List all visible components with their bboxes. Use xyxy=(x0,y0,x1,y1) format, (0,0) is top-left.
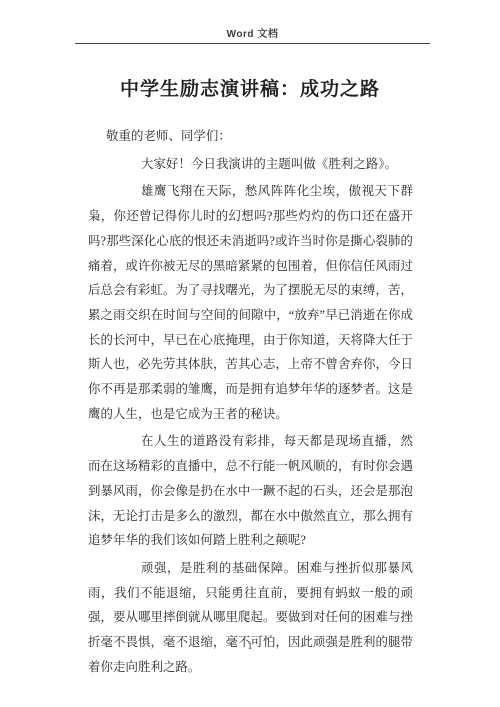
paragraph: 大家好！今日我演讲的主题叫做《胜利之路》。 xyxy=(88,152,413,177)
paragraph: 顽强，是胜利的基础保障。困难与挫折似那暴风雨，我们不能退缩，只能勇往直前，要拥有… xyxy=(88,556,413,680)
page-number: 1 xyxy=(248,642,253,652)
paragraph: 敬重的老师、同学们： xyxy=(88,124,413,149)
doc-type-label: Word 文档 xyxy=(227,29,279,40)
document-title: 中学生励志演讲稿：成功之路 xyxy=(0,76,500,104)
document-body: 敬重的老师、同学们：大家好！今日我演讲的主题叫做《胜利之路》。雄鹰飞翔在天际，愁… xyxy=(88,124,413,682)
word-document-page: Word 文档 中学生励志演讲稿：成功之路 敬重的老师、同学们：大家好！今日我演… xyxy=(0,0,500,707)
page-footer: 1 xyxy=(0,641,500,653)
paragraph: 在人生的道路没有彩排，每天都是现场直播，然而在这场精彩的直播中，总不行能一帆风顺… xyxy=(88,429,413,553)
paragraph: 雄鹰飞翔在天际，愁风阵阵化尘埃，傲视天下群枭，你还曾记得你儿时的幻想吗?那些灼灼… xyxy=(88,179,413,426)
document-header: Word 文档 xyxy=(75,28,430,44)
